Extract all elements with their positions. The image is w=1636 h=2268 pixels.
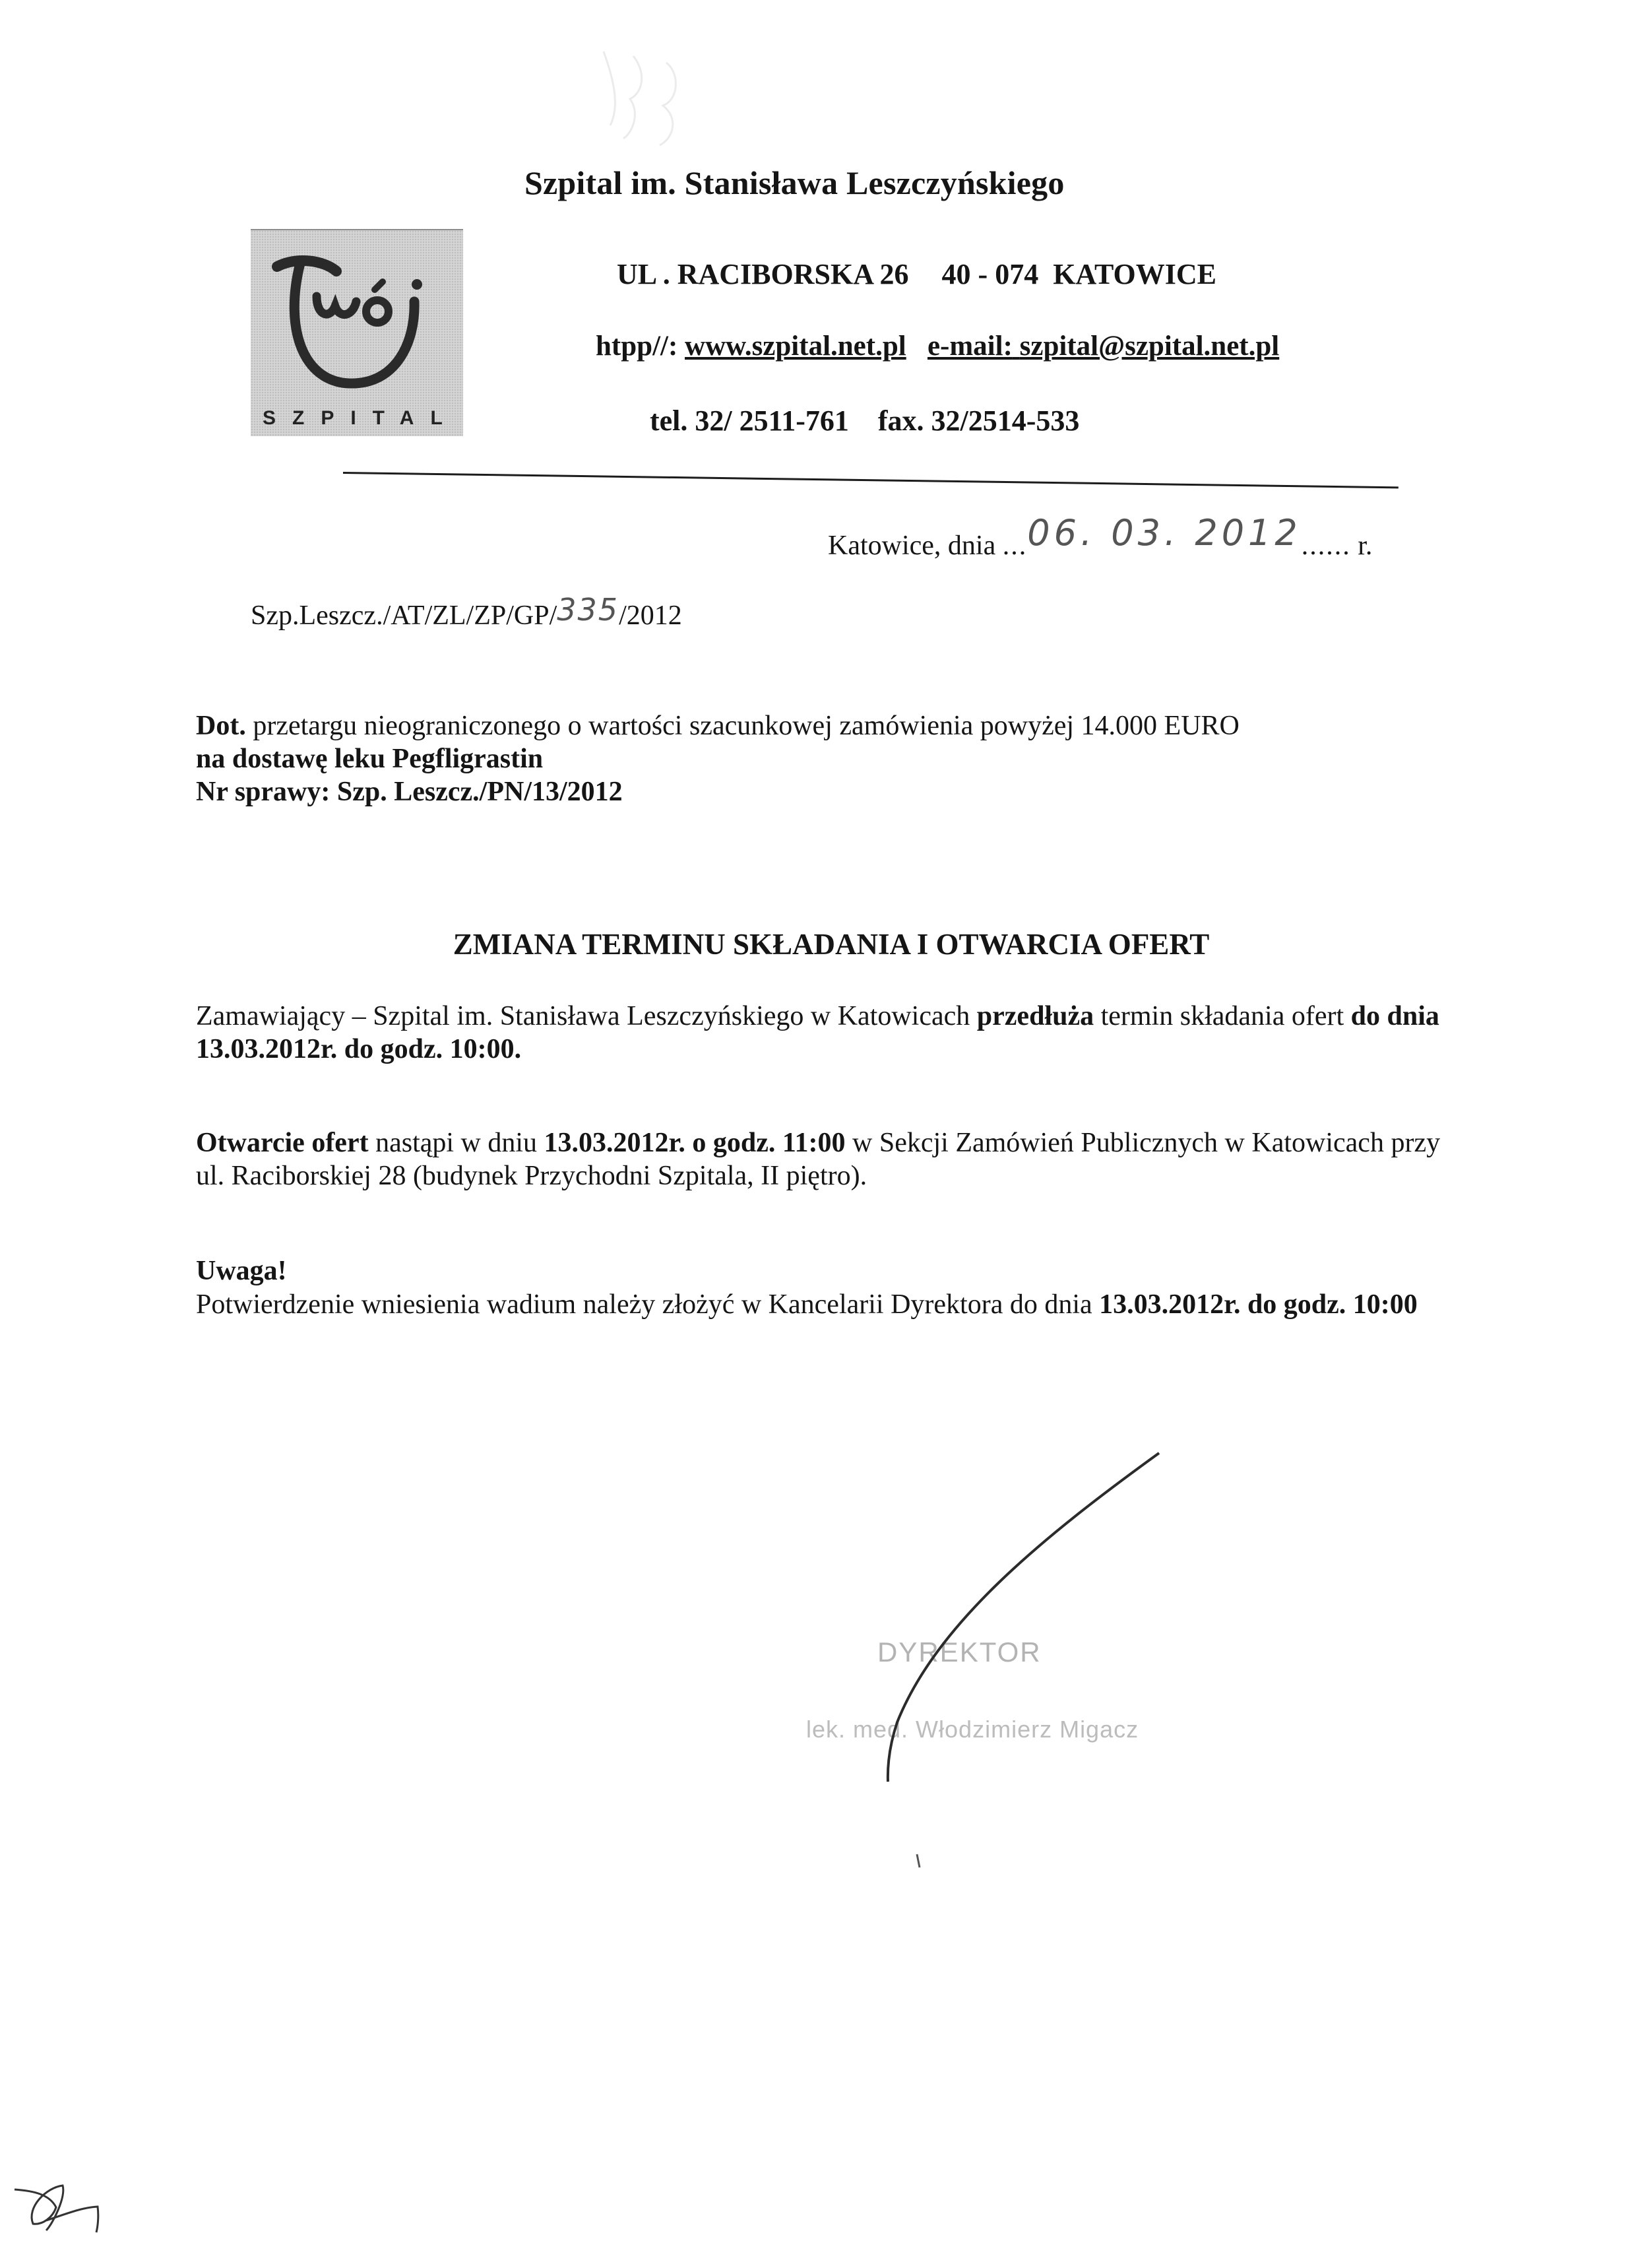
reference-prefix: Szp.Leszcz./AT/ZL/ZP/GP/	[251, 600, 557, 631]
dotted-leader: ...	[1003, 531, 1028, 561]
hospital-name: Szpital im. Stanisława Leszczyńskiego	[524, 164, 1065, 202]
case-number: Nr sprawy: Szp. Leszcz./PN/13/2012	[196, 775, 1240, 808]
fax-number: fax. 32/2514-533	[878, 405, 1080, 437]
reference-number: Szp.Leszcz./AT/ZL/ZP/GP/335/2012	[251, 596, 682, 632]
dotted-leader-end: ......	[1302, 531, 1351, 561]
bold-text: przedłuża	[977, 1001, 1094, 1031]
paragraph-opening-of-offers: Otwarcie ofert nastąpi w dniu 13.03.2012…	[196, 1126, 1453, 1192]
email-address: szpital@szpital.net.pl	[1020, 331, 1280, 362]
address-city: KATOWICE	[1053, 258, 1216, 290]
web-prefix: htpp//:	[596, 331, 677, 362]
hospital-logo: SZPITAL	[251, 229, 463, 436]
contact-web-line: htpp//: www.szpital.net.pl e-mail: szpit…	[596, 330, 1279, 362]
stamp-title: DYREKTOR	[877, 1636, 1042, 1668]
place-prefix: Katowice, dnia	[828, 531, 995, 561]
subject-line-2: na dostawę leku Pegfligrastin	[196, 742, 1240, 775]
text: termin składania ofert	[1094, 1001, 1351, 1031]
phone-fax-line: tel. 32/ 2511-761 fax. 32/2514-533	[650, 404, 1079, 437]
text: Potwierdzenie wniesienia wadium należy z…	[196, 1289, 1099, 1320]
bold-deadline: 13.03.2012r. do godz. 10:00	[1099, 1289, 1418, 1320]
bold-opening-time: 13.03.2012r. o godz. 11:00	[544, 1128, 846, 1158]
website-link[interactable]: www.szpital.net.pl	[685, 331, 906, 362]
logo-wordmark: SZPITAL	[263, 407, 454, 430]
document-title: ZMIANA TERMINU SKŁADANIA I OTWARCIA OFER…	[0, 927, 1636, 961]
faint-registration-number-icon	[604, 51, 676, 145]
handwritten-date: 06. 03. 2012	[1027, 512, 1302, 554]
logo-smile-icon	[251, 230, 463, 436]
address-postal: 40 - 074	[942, 258, 1039, 290]
reference-suffix: /2012	[619, 600, 682, 631]
note-heading: Uwaga!	[196, 1255, 287, 1287]
bold-text: Otwarcie ofert	[196, 1128, 369, 1158]
paragraph-deadline-extension: Zamawiający – Szpital im. Stanisława Les…	[196, 1000, 1453, 1066]
address-street: UL . RACIBORSKA 26	[617, 258, 909, 290]
paragraph-deposit-note: Potwierdzenie wniesienia wadium należy z…	[196, 1288, 1453, 1321]
subject-label: Dot.	[196, 711, 246, 741]
text: Zamawiający – Szpital im. Stanisława Les…	[196, 1001, 977, 1031]
initials-scribble-icon	[15, 2186, 98, 2232]
text: nastąpi w dniu	[369, 1128, 544, 1158]
stamp-name: lek. med. Włodzimierz Migacz	[806, 1716, 1139, 1743]
subject-text: przetargu nieograniczonego o wartości sz…	[253, 711, 1240, 741]
email-link[interactable]: e-mail: szpital@szpital.net.pl	[928, 331, 1279, 362]
handwritten-reference-number: 335	[557, 592, 619, 628]
subject-block: Dot. przetargu nieograniczonego o wartoś…	[196, 709, 1240, 808]
phone-number: tel. 32/ 2511-761	[650, 405, 849, 437]
email-label: e-mail:	[928, 331, 1013, 362]
place-date-line: Katowice, dnia ...06. 03. 2012...... r.	[828, 521, 1372, 563]
subject-line-1: Dot. przetargu nieograniczonego o wartoś…	[196, 709, 1240, 742]
letterhead-divider	[343, 472, 1399, 488]
year-suffix: r.	[1358, 531, 1372, 561]
address-line: UL . RACIBORSKA 2640 - 074 KATOWICE	[617, 257, 1216, 291]
